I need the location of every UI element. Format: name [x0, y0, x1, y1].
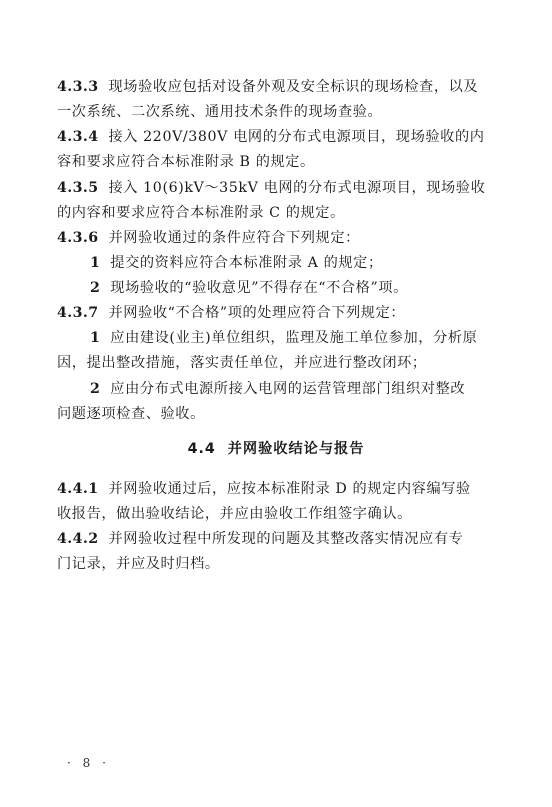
clause-text: 并网验收过程中所发现的问题及其整改落实情况应有专	[109, 531, 464, 547]
item-number: 1	[90, 255, 100, 271]
clause-4-3-3-line-2: 一次系统、二次系统、通用技术条件的现场查验。	[57, 103, 497, 121]
clause-4-3-5-line-1: 4.3.5接入 10(6)kV～35kV 电网的分布式电源项目，现场验收	[57, 179, 497, 197]
item-number: 2	[90, 381, 100, 397]
item-number: 1	[90, 330, 100, 346]
item-number: 2	[90, 280, 100, 296]
clause-4-3-6-line-1: 4.3.6并网验收通过的条件应符合下列规定：	[57, 229, 497, 247]
clause-4-4-1-line-2: 收报告，做出验收结论，并应由验收工作组签字确认。	[57, 505, 497, 523]
clause-4-3-6-item-2: 2现场验收的“验收意见”不得存在“不合格”项。	[90, 279, 530, 297]
clause-4-4-1-line-1: 4.4.1并网验收通过后，应按本标准附录 D 的规定内容编写验	[57, 480, 497, 498]
clause-text: 接入 10(6)kV～35kV 电网的分布式电源项目，现场验收	[109, 180, 486, 196]
clause-4-4-2-line-2: 门记录，并应及时归档。	[57, 555, 497, 573]
clause-4-3-5-line-2: 的内容和要求应符合本标准附录 C 的规定。	[57, 204, 497, 222]
clause-text: 接入 220V/380V 电网的分布式电源项目，现场验收的内	[109, 129, 485, 145]
clause-number: 4.3.4	[57, 129, 99, 145]
item-text: 应由建设(业主)单位组织，监理及施工单位参加，分析原	[110, 330, 477, 346]
section-heading-4-4: 4.4并网验收结论与报告	[0, 440, 552, 458]
heading-number: 4.4	[188, 441, 216, 457]
clause-4-3-7-item-1-line-1: 1应由建设(业主)单位组织，监理及施工单位参加，分析原	[90, 329, 530, 347]
clause-number: 4.4.1	[57, 481, 99, 497]
clause-4-3-7-item-2-line-2: 问题逐项检查、验收。	[57, 405, 497, 423]
heading-title: 并网验收结论与报告	[228, 441, 365, 457]
clause-number: 4.4.2	[57, 531, 99, 547]
clause-4-3-7-line-1: 4.3.7并网验收“不合格”项的处理应符合下列规定：	[57, 304, 497, 322]
clause-text: 现场验收应包括对设备外观及安全标识的现场检查，以及	[109, 79, 479, 95]
item-text: 应由分布式电源所接入电网的运营管理部门组织对整改	[110, 381, 465, 397]
item-text: 提交的资料应符合本标准附录 A 的规定；	[110, 255, 382, 271]
clause-number: 4.3.5	[57, 180, 99, 196]
clause-number: 4.3.6	[57, 230, 99, 246]
clause-4-3-6-item-1: 1提交的资料应符合本标准附录 A 的规定；	[90, 254, 530, 272]
clause-4-3-4-line-1: 4.3.4接入 220V/380V 电网的分布式电源项目，现场验收的内	[57, 128, 497, 146]
clause-text: 并网验收通过的条件应符合下列规定：	[109, 230, 360, 246]
clause-4-3-7-item-1-line-2: 因，提出整改措施，落实责任单位，并应进行整改闭环；	[57, 354, 497, 372]
clause-number: 4.3.3	[57, 79, 99, 95]
clause-number: 4.3.7	[57, 305, 99, 321]
item-text: 现场验收的“验收意见”不得存在“不合格”项。	[110, 280, 408, 296]
clause-text: 并网验收通过后，应按本标准附录 D 的规定内容编写验	[109, 481, 471, 497]
clause-4-3-7-item-2-line-1: 2应由分布式电源所接入电网的运营管理部门组织对整改	[90, 380, 530, 398]
page-number: · 8 ·	[67, 756, 110, 770]
clause-4-3-3-line-1: 4.3.3现场验收应包括对设备外观及安全标识的现场检查，以及	[57, 78, 497, 96]
clause-text: 并网验收“不合格”项的处理应符合下列规定：	[109, 305, 406, 321]
clause-4-3-4-line-2: 容和要求应符合本标准附录 B 的规定。	[57, 153, 497, 171]
clause-4-4-2-line-1: 4.4.2并网验收过程中所发现的问题及其整改落实情况应有专	[57, 530, 497, 548]
